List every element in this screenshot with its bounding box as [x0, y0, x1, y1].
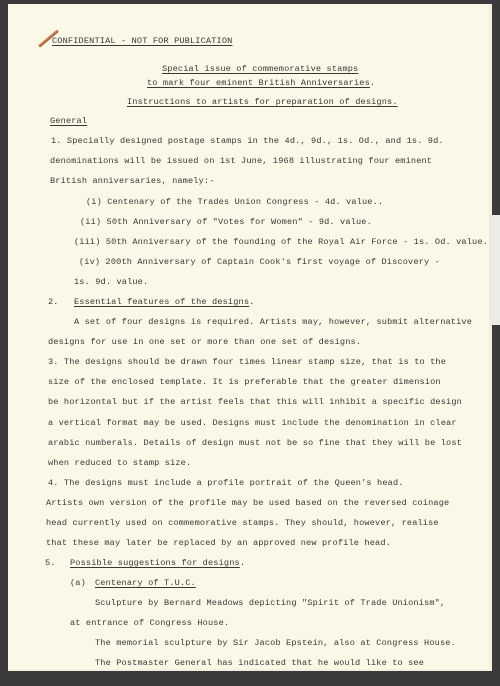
- list-item-ii: (ii) 50th Anniversary of "Votes for Wome…: [80, 217, 372, 227]
- section-5-heading: Possible suggestions for designs.: [70, 558, 245, 568]
- list-item-iv: (iv) 200th Anniversary of Captain Cook's…: [79, 257, 440, 267]
- para-1-line-3: British anniversaries, namely:-: [50, 176, 215, 186]
- section-5-number: 5.: [45, 558, 56, 568]
- section-5-title: Possible suggestions for designs: [70, 558, 240, 568]
- title-line-1: Special issue of commemorative stamps: [162, 64, 358, 74]
- para-4-line-3: head currently used on commemorative sta…: [46, 518, 439, 528]
- section-2-title: Essential features of the designs: [74, 297, 249, 307]
- title-line-2-end: .: [370, 78, 375, 88]
- para-4-line-1: 4. The designs must include a profile po…: [48, 478, 404, 488]
- title-line-2: to mark four eminent British Anniversari…: [147, 78, 375, 88]
- para-5a-line-1: Sculpture by Bernard Meadows depicting "…: [95, 598, 445, 608]
- para-3-line-4: a vertical format may be used. Designs m…: [48, 418, 457, 428]
- para-3-line-6: when reduced to stamp size.: [48, 458, 191, 468]
- section-5-period: .: [240, 558, 245, 568]
- para-3-line-3: be horizontal but if the artist feels th…: [48, 397, 462, 407]
- para-1-line-1: 1. Specially designed postage stamps in …: [51, 136, 444, 146]
- para-5a-line-3: The memorial sculpture by Sir Jacob Epst…: [95, 638, 456, 648]
- section-general: General: [50, 116, 87, 126]
- para-4-line-4: that these may later be replaced by an a…: [46, 538, 391, 548]
- para-4-line-2: Artists own version of the profile may b…: [46, 498, 449, 508]
- para-1-line-2: denominations will be issued on 1st June…: [50, 156, 432, 166]
- para-2-line-2: designs for use in one set or more than …: [48, 337, 361, 347]
- page-tab-edge: [488, 215, 500, 325]
- subtitle: Instructions to artists for preparation …: [127, 97, 398, 107]
- title-line-2-text: to mark four eminent British Anniversari…: [147, 78, 370, 88]
- para-5a-line-2: at entrance of Congress House.: [70, 618, 229, 628]
- para-3-line-1: 3. The designs should be drawn four time…: [48, 357, 446, 367]
- subsection-a-title: Centenary of T.U.C.: [95, 578, 196, 588]
- para-3-line-5: arabic numberals. Details of design must…: [48, 438, 462, 448]
- para-3-line-2: size of the enclosed template. It is pre…: [48, 377, 441, 387]
- list-item-i: (i) Centenary of the Trades Union Congre…: [86, 197, 383, 207]
- subsection-a-label: (a): [70, 578, 86, 588]
- section-2-number: 2.: [48, 297, 59, 307]
- section-2-heading: Essential features of the designs.: [74, 297, 254, 307]
- para-2-line-1: A set of four designs is required. Artis…: [74, 317, 472, 327]
- para-5a-line-4: The Postmaster General has indicated tha…: [95, 658, 424, 668]
- section-2-period: .: [249, 297, 254, 307]
- list-item-iii: (iii) 50th Anniversary of the founding o…: [74, 237, 488, 247]
- document-page: CONFIDENTIAL - NOT FOR PUBLICATION Speci…: [8, 4, 489, 669]
- confidential-header: CONFIDENTIAL - NOT FOR PUBLICATION: [52, 36, 232, 46]
- list-item-iv-cont: 1s. 9d. value.: [74, 277, 148, 287]
